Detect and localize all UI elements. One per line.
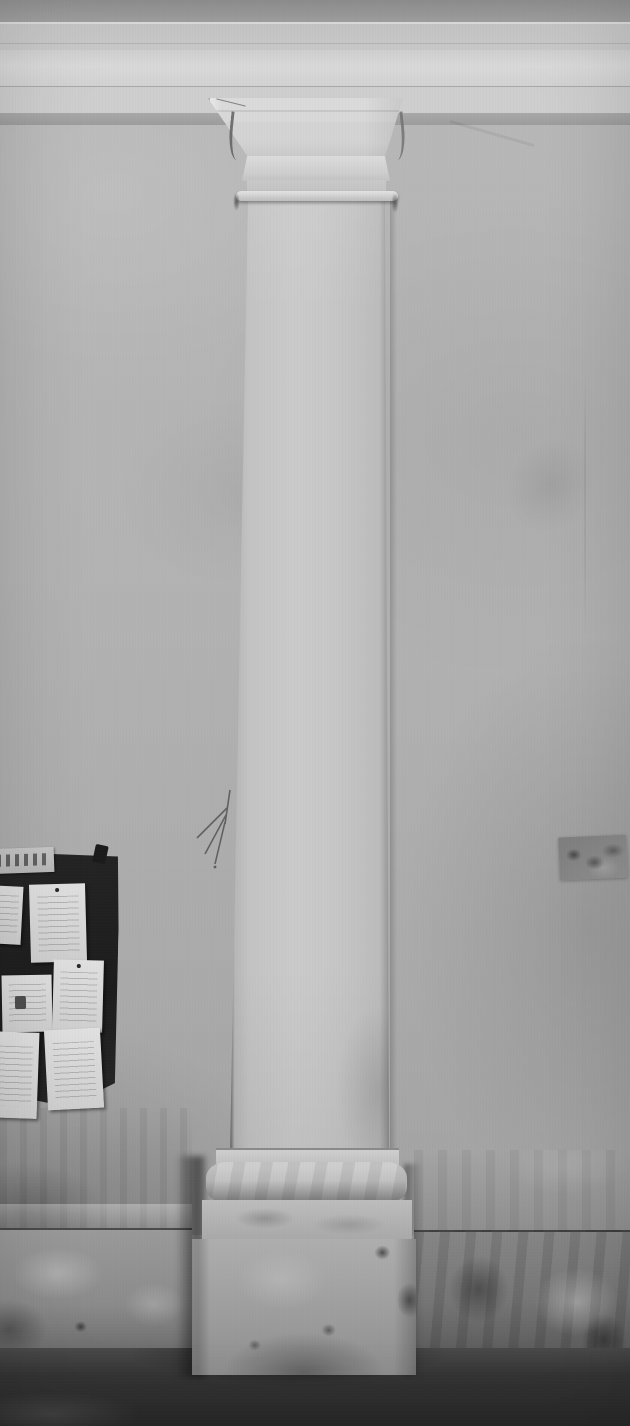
pinned-paper bbox=[2, 975, 53, 1033]
shaft-edge-shadow bbox=[390, 200, 397, 1157]
cornice-fascia bbox=[0, 50, 630, 87]
cornice-crown-molding bbox=[0, 24, 630, 50]
pinned-paper bbox=[0, 885, 23, 945]
pinned-paper bbox=[0, 1031, 39, 1119]
wall-plaque bbox=[558, 835, 628, 881]
pin-icon bbox=[77, 964, 81, 968]
base-torus-molding bbox=[206, 1162, 407, 1203]
astragal-end-shadow bbox=[391, 193, 399, 213]
wall-crack bbox=[584, 370, 586, 640]
wall-lower-stains bbox=[414, 1150, 630, 1232]
pin-icon bbox=[55, 888, 59, 892]
astragal-end-shadow bbox=[233, 193, 240, 211]
paper-text-lines bbox=[59, 971, 97, 1022]
paper-text-lines bbox=[9, 984, 47, 1025]
board-header-label bbox=[0, 847, 54, 874]
paper-text-lines bbox=[0, 895, 19, 937]
photograph bbox=[0, 0, 630, 1426]
pinned-paper bbox=[52, 959, 104, 1032]
pinned-paper bbox=[44, 1028, 104, 1111]
twig-crack-mark bbox=[186, 782, 238, 874]
base-fascia bbox=[202, 1200, 412, 1244]
base-plinth bbox=[192, 1239, 416, 1375]
pinned-paper bbox=[29, 883, 87, 962]
illegible-text-smudge bbox=[0, 853, 49, 867]
paper-text-lines bbox=[0, 1045, 33, 1107]
paper-text-lines bbox=[37, 896, 80, 952]
capital-astragal-ring bbox=[236, 191, 398, 201]
skirting-highlight bbox=[0, 1204, 192, 1230]
capital-echinus bbox=[242, 156, 390, 181]
skirting-left bbox=[0, 1228, 192, 1354]
pilaster-shaft bbox=[228, 200, 391, 1157]
paper-text-lines bbox=[52, 1041, 96, 1099]
ceiling-band bbox=[0, 0, 630, 22]
